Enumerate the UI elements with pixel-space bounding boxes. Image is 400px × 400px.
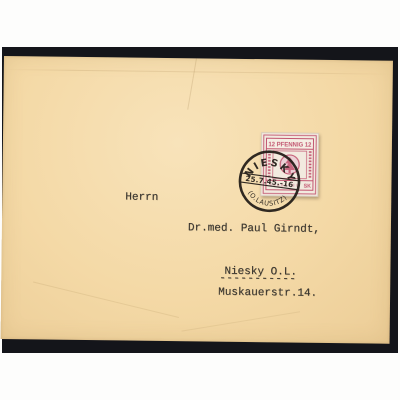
envelope-flap-crease [4,69,393,75]
envelope: 12 PFENNIG 12 SK NIESKY [1,56,393,344]
envelope-back-flap-crease [33,282,179,318]
envelope-crease [187,58,197,109]
address-underline: ----------- [219,273,296,286]
address-street: Muskauerstr.14. [218,287,317,300]
scanned-cover-photo: 12 PFENNIG 12 SK NIESKY [0,0,400,400]
address-recipient: Dr.med. Paul Girndt, [188,222,320,236]
postmark: NIESKY (O.LAUSITZ) 25.7.45.-16 [233,145,306,218]
address-salutation: Herrn [125,191,158,203]
envelope-back-flap-crease [181,311,300,331]
